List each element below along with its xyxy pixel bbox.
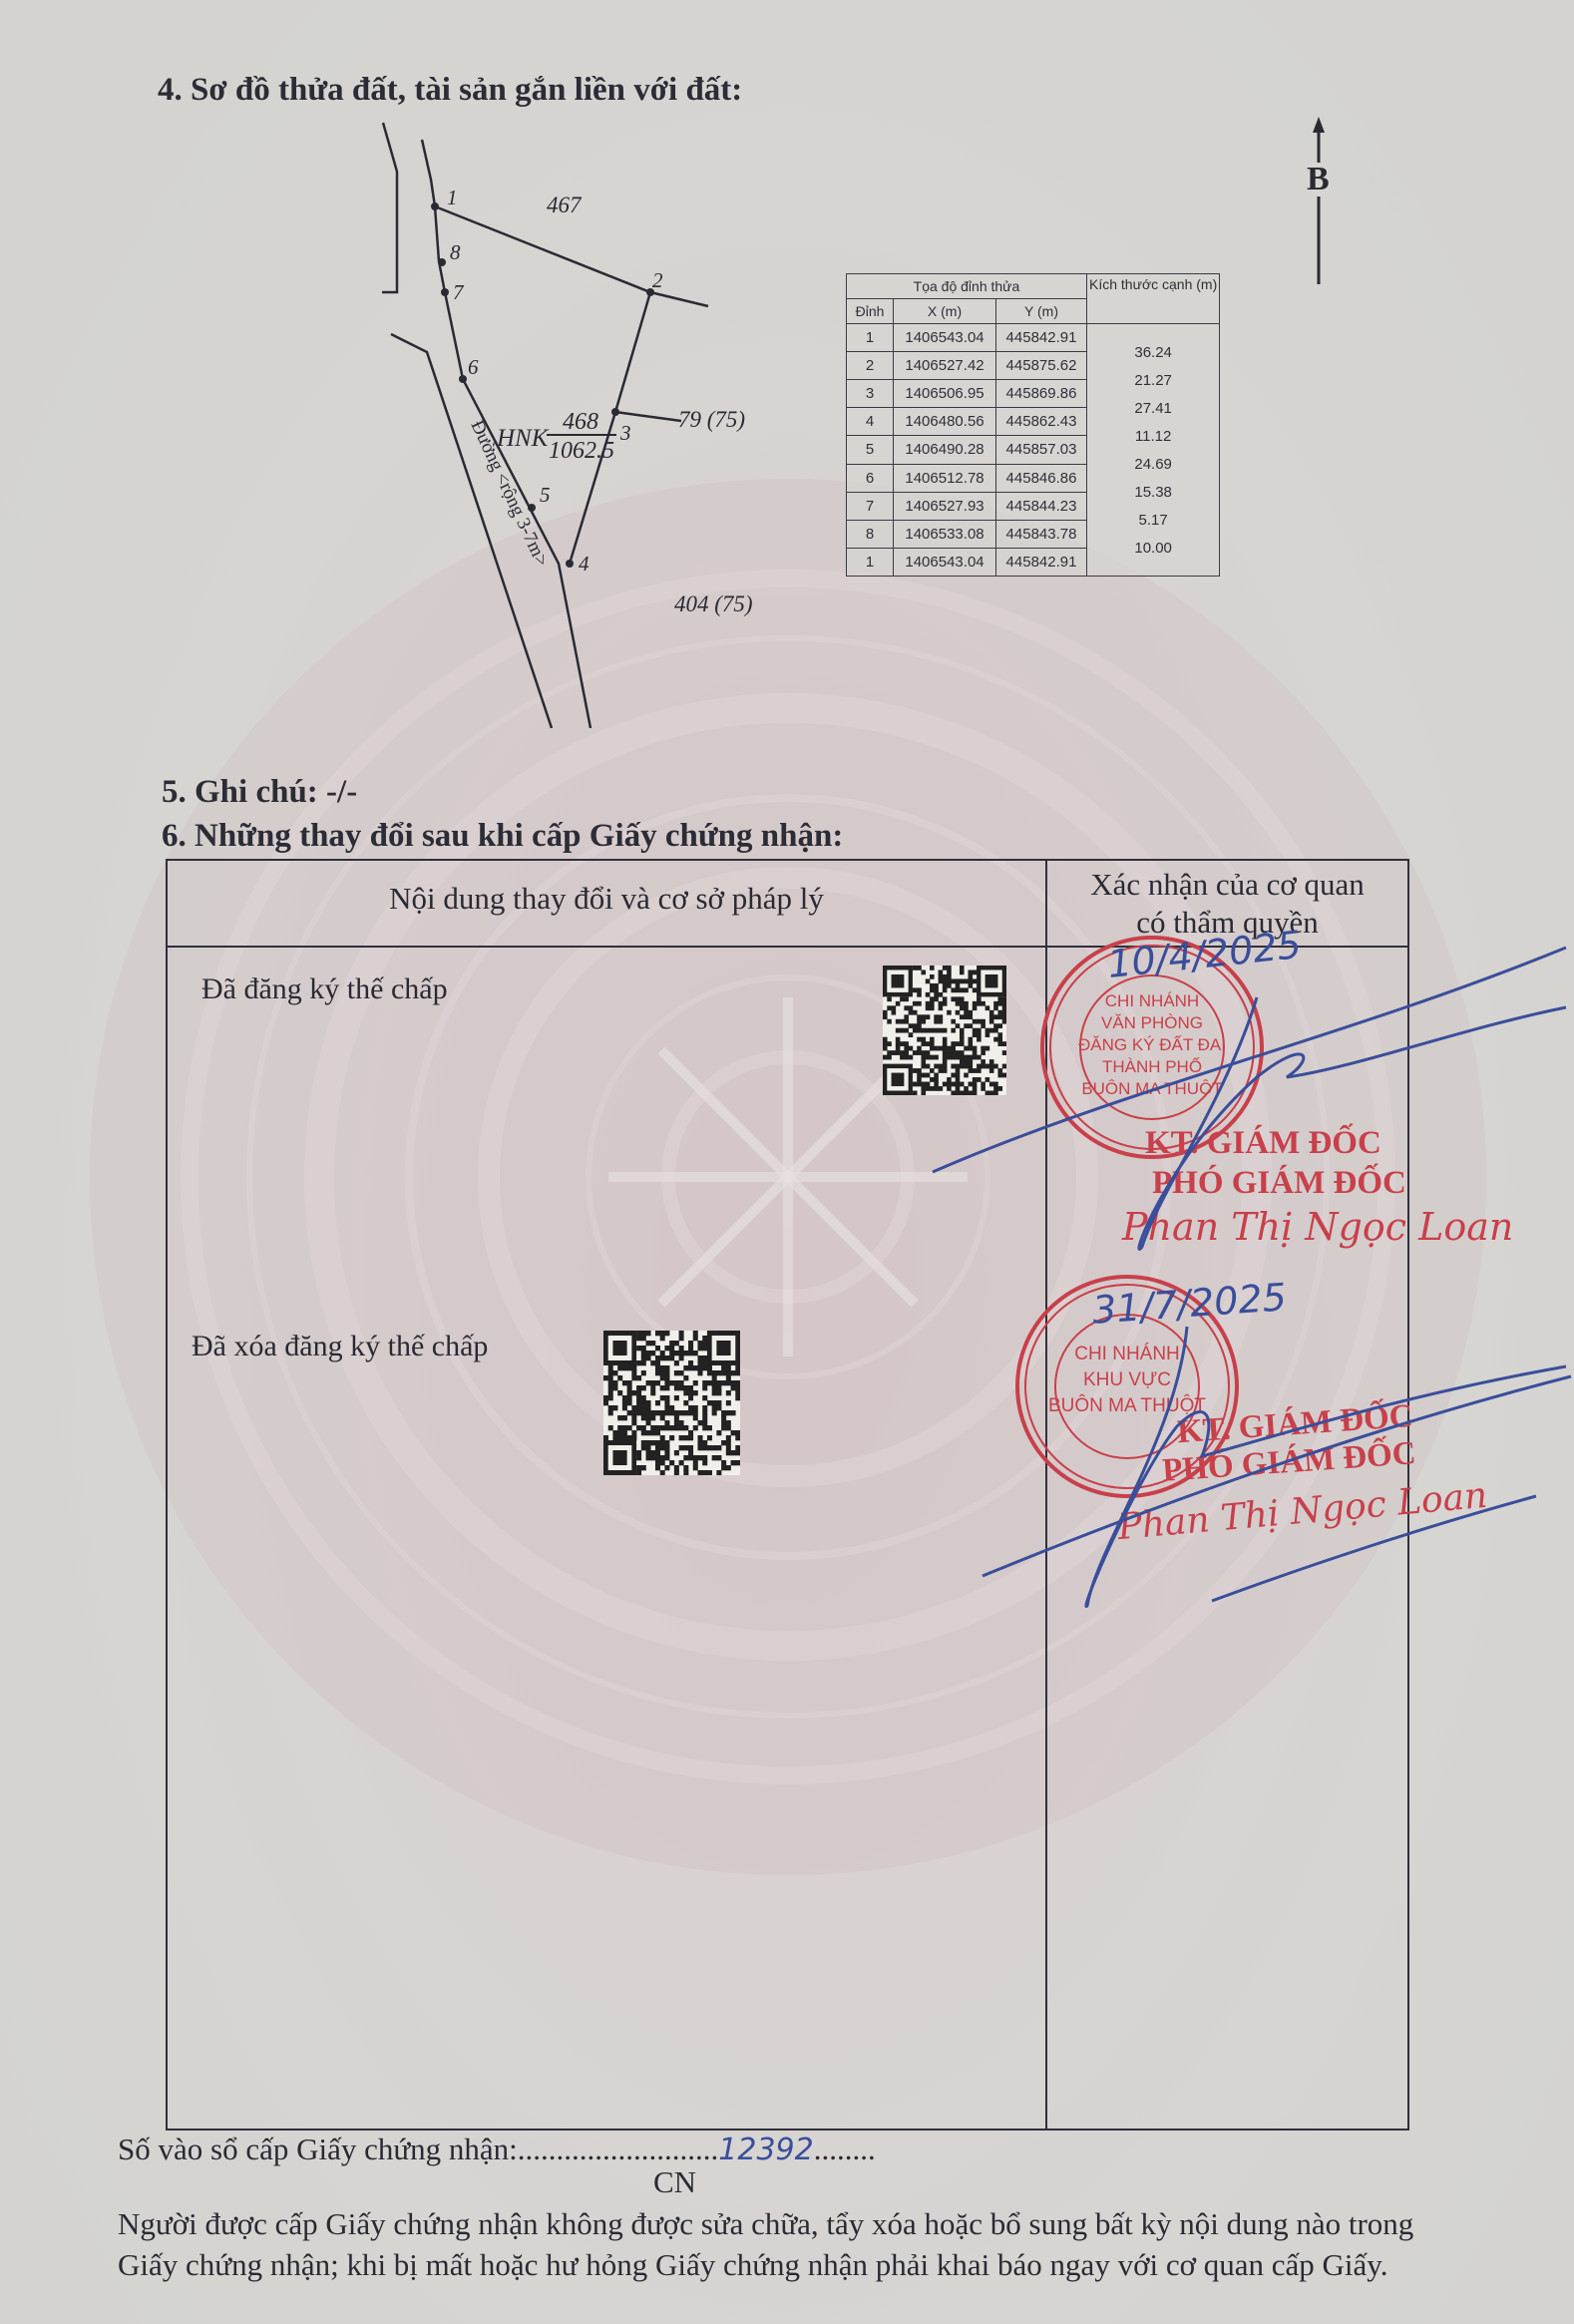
cell-vertex: 2 — [847, 352, 894, 380]
registry-prefix: CN — [653, 2164, 696, 2200]
registry-number: 12392 — [718, 2132, 813, 2167]
cell-vertex: 6 — [847, 464, 894, 492]
registry-dots-after: ........ — [814, 2131, 876, 2166]
col-x: X (m) — [894, 299, 996, 324]
neighbor-parcel-right: 79 (75) — [678, 407, 745, 432]
north-arrow-icon — [1307, 115, 1347, 289]
cell-x: 1406480.56 — [894, 408, 996, 436]
section-4-title: 4. Sơ đồ thửa đất, tài sản gắn liền với … — [158, 72, 742, 109]
parcel-type: HNK — [496, 425, 550, 452]
coordinate-row: 11406543.04445842.9136.2421.2727.4111.12… — [847, 324, 1220, 352]
parcel-number: 468 — [563, 409, 598, 435]
cell-vertex: 5 — [847, 436, 894, 464]
cell-y: 445875.62 — [996, 352, 1087, 380]
neighbor-parcel-bottom-right: 404 (75) — [674, 591, 753, 616]
vertex-label: 7 — [453, 280, 465, 304]
cell-y: 445844.23 — [996, 492, 1087, 520]
edge-length: 11.12 — [1087, 428, 1219, 445]
qr-code-icon — [603, 1331, 740, 1475]
cell-vertex: 7 — [847, 492, 894, 520]
entry-1-content: Đã đăng ký thế chấp — [201, 972, 448, 1006]
north-label: B — [1307, 163, 1330, 196]
edge-length: 10.00 — [1087, 540, 1219, 557]
cell-vertex: 1 — [847, 324, 894, 352]
edge-length: 15.38 — [1087, 484, 1219, 501]
notice-line-1: Người được cấp Giấy chứng nhận không đượ… — [118, 2206, 1413, 2242]
section-5-title: 5. Ghi chú: -/- — [162, 774, 357, 811]
cell-vertex: 3 — [847, 380, 894, 408]
vertex-label: 3 — [619, 421, 631, 445]
edge-length: 21.27 — [1087, 372, 1219, 389]
edge-length: 36.24 — [1087, 344, 1219, 361]
vertex-label: 5 — [540, 483, 551, 507]
coordinate-table: Tọa độ đỉnh thửa Kích thước cạnh (m) Đỉn… — [846, 273, 1220, 577]
cell-x: 1406512.78 — [894, 464, 996, 492]
cell-x: 1406543.04 — [894, 548, 996, 576]
section-6-title: 6. Những thay đổi sau khi cấp Giấy chứng… — [162, 818, 843, 855]
notice-line-2: Giấy chứng nhận; khi bị mất hoặc hư hỏng… — [118, 2247, 1388, 2283]
cell-x: 1406543.04 — [894, 324, 996, 352]
cell-x: 1406527.93 — [894, 492, 996, 520]
neighbor-parcel-top: 467 — [547, 193, 583, 217]
entry-2-content: Đã xóa đăng ký thế chấp — [192, 1330, 488, 1363]
edge-length: 24.69 — [1087, 456, 1219, 473]
cell-vertex: 1 — [847, 548, 894, 576]
signature-1 — [928, 938, 1574, 1267]
signature-2 — [978, 1317, 1574, 1616]
col-y: Y (m) — [996, 299, 1087, 324]
parcel-map: 1 2 3 4 5 6 7 8 467 79 (75) 404 (75) HNK… — [339, 110, 798, 728]
length-header: Kích thước cạnh (m) — [1087, 274, 1220, 324]
coord-group-header: Tọa độ đỉnh thửa — [847, 274, 1087, 299]
cell-vertex: 8 — [847, 520, 894, 548]
registry-dots-before: .......................... — [518, 2131, 719, 2166]
header-right-line1: Xác nhận của cơ quan — [1047, 866, 1407, 904]
parcel-area: 1062.5 — [549, 438, 614, 464]
edge-length: 27.41 — [1087, 400, 1219, 417]
vertex-label: 4 — [579, 552, 590, 576]
cell-y: 445846.86 — [996, 464, 1087, 492]
edge-lengths: 36.2421.2727.4111.1224.6915.385.1710.00 — [1087, 324, 1220, 577]
registry-label: Số vào sổ cấp Giấy chứng nhận: — [118, 2131, 518, 2166]
cell-y: 445869.86 — [996, 380, 1087, 408]
cell-y: 445843.78 — [996, 520, 1087, 548]
cell-x: 1406506.95 — [894, 380, 996, 408]
cell-y: 445857.03 — [996, 436, 1087, 464]
registry-line: Số vào sổ cấp Giấy chứng nhận:..........… — [118, 2131, 876, 2167]
header-change-content: Nội dung thay đổi và cơ sở pháp lý — [168, 881, 1045, 917]
cell-x: 1406533.08 — [894, 520, 996, 548]
col-vertex: Đỉnh — [847, 299, 894, 324]
vertex-label: 8 — [450, 240, 461, 264]
cell-y: 445862.43 — [996, 408, 1087, 436]
vertex-label: 2 — [652, 268, 663, 292]
cell-y: 445842.91 — [996, 548, 1087, 576]
edge-length: 5.17 — [1087, 512, 1219, 529]
vertex-label: 1 — [447, 186, 458, 209]
vertex-label: 6 — [468, 355, 479, 379]
north-arrow: B — [1307, 115, 1347, 289]
cell-vertex: 4 — [847, 408, 894, 436]
cell-x: 1406527.42 — [894, 352, 996, 380]
cell-x: 1406490.28 — [894, 436, 996, 464]
qr-code-2[interactable] — [603, 1331, 740, 1475]
cell-y: 445842.91 — [996, 324, 1087, 352]
